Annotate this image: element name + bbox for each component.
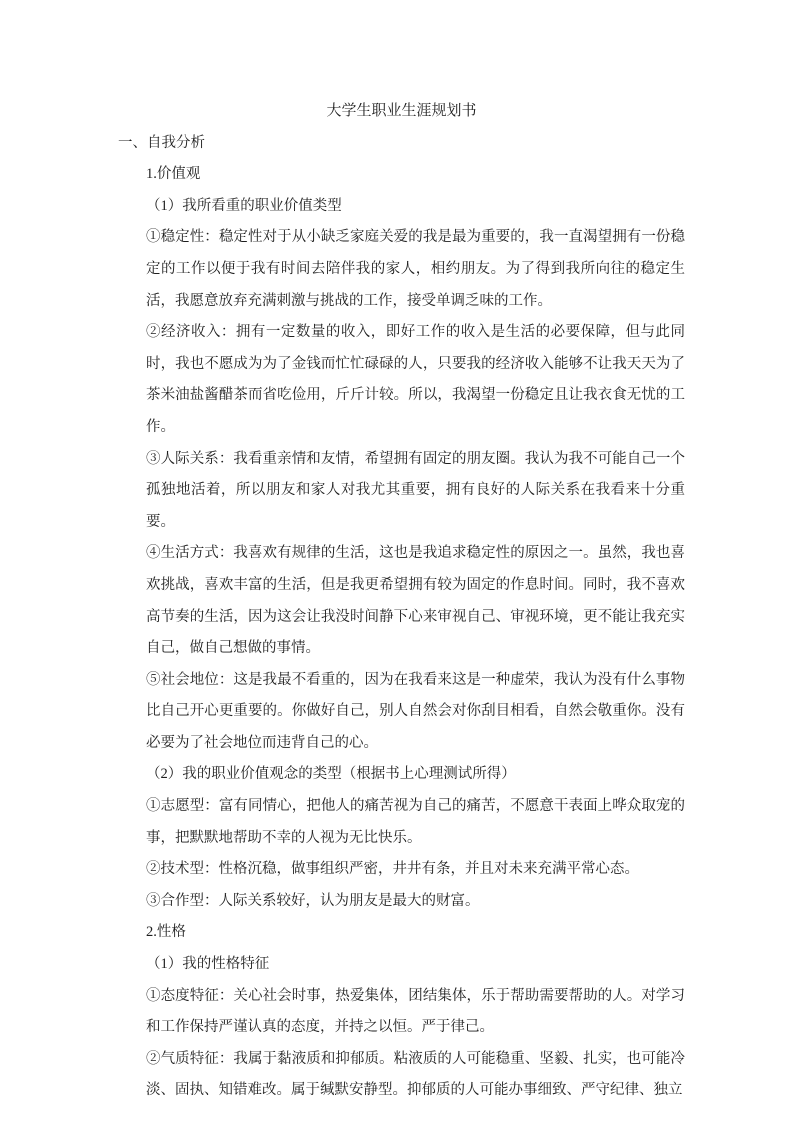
document-content: 大学生职业生涯规划书 一、自我分析 1.价值观 （1）我所看重的职业价值类型 ①… [0, 0, 793, 1107]
paragraph-cooperative-type: ③合作型：人际关系较好，认为朋友是最大的财富。 [146, 886, 685, 918]
subheading-personality: 2.性格 [146, 917, 685, 949]
subheading-valued-career-value-types: （1）我所看重的职业价值类型 [146, 191, 685, 223]
subheading-values: 1.价值观 [146, 159, 685, 191]
paragraph-volunteer-type: ①志愿型：富有同情心，把他人的痛苦视为自己的痛苦，不愿意干表面上哗众取宠的事，把… [146, 791, 685, 854]
paragraph-economic-income: ②经济收入：拥有一定数量的收入，即好工作的收入是生活的必要保障，但与此同时，我也… [146, 317, 685, 443]
paragraph-stability: ①稳定性：稳定性对于从小缺乏家庭关爱的我是最为重要的，我一直渴望拥有一份稳定的工… [146, 222, 685, 317]
section-heading-self-analysis: 一、自我分析 [118, 128, 685, 160]
paragraph-temperament-traits: ②气质特征：我属于黏液质和抑郁质。粘液质的人可能稳重、坚毅、扎实，也可能冷淡、固… [146, 1044, 685, 1107]
paragraph-lifestyle: ④生活方式：我喜欢有规律的生活，这也是我追求稳定性的原因之一。虽然，我也喜欢挑战… [146, 538, 685, 664]
subheading-personality-traits: （1）我的性格特征 [146, 949, 685, 981]
document-page: 大学生职业生涯规划书 一、自我分析 1.价值观 （1）我所看重的职业价值类型 ①… [0, 0, 793, 1122]
paragraph-social-status: ⑤社会地位：这是我最不看重的，因为在我看来这是一种虚荣，我认为没有什么事物比自己… [146, 665, 685, 760]
paragraph-attitude-traits: ①态度特征：关心社会时事，热爱集体，团结集体，乐于帮助需要帮助的人。对学习和工作… [146, 981, 685, 1044]
paragraph-interpersonal-relationships: ③人际关系：我看重亲情和友情，希望拥有固定的朋友圈。我认为我不可能自己一个孤独地… [146, 444, 685, 539]
document-title: 大学生职业生涯规划书 [118, 96, 685, 128]
subheading-career-value-concept-types: （2）我的职业价值观念的类型（根据书上心理测试所得） [146, 759, 685, 791]
paragraph-technical-type: ②技术型：性格沉稳，做事组织严密，井井有条，并且对未来充满平常心态。 [146, 854, 685, 886]
